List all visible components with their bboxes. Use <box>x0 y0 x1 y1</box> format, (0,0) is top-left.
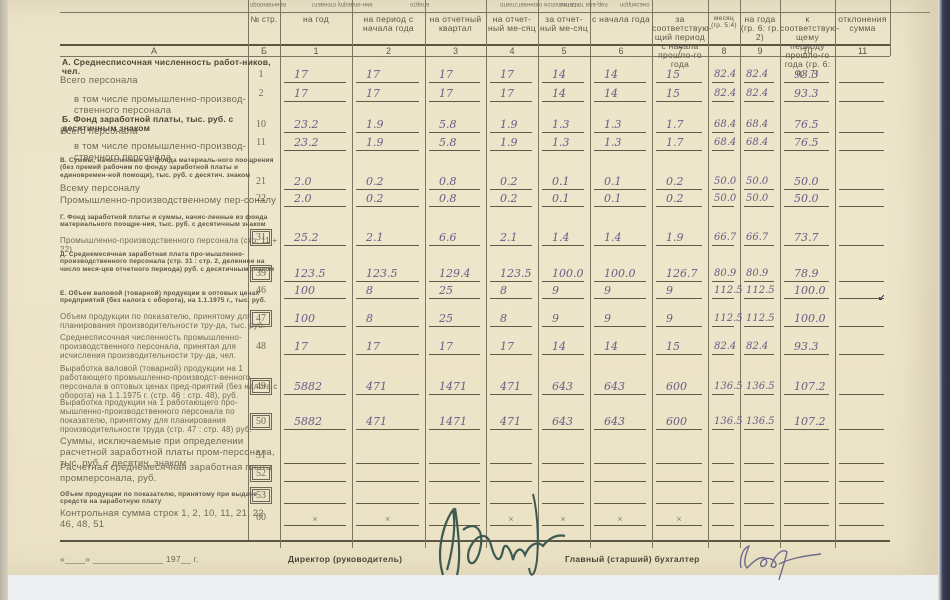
table-cell: 14 <box>542 87 584 102</box>
table-cell <box>356 467 419 482</box>
column-header-9: на года (гр. 6: гр. 2) <box>740 15 780 42</box>
table-cell: 9 <box>594 312 646 327</box>
table-cell: 8 <box>490 284 532 299</box>
table-cell: 643 <box>542 380 584 395</box>
column-number-3: 3 <box>425 46 486 56</box>
row-code: 60 <box>248 512 274 523</box>
column-header-3: на отчетный квартал <box>425 15 486 33</box>
table-cell: 25 <box>429 312 480 327</box>
table-cell <box>839 449 884 464</box>
table-cell: 23.2 <box>284 136 346 151</box>
table-cell: 68.4 <box>712 118 734 133</box>
col-divider <box>352 0 353 548</box>
table-cell: 643 <box>594 380 646 395</box>
table-cell: 136.5 <box>712 415 734 430</box>
table-cell: 50.0 <box>712 192 734 207</box>
table-cell: 0.2 <box>356 175 419 190</box>
table-cell <box>839 175 884 190</box>
table-cell: 50.0 <box>784 192 829 207</box>
table-cell: 1471 <box>429 380 480 395</box>
table-cell: 50.0 <box>784 175 829 190</box>
table-cell: 1.9 <box>356 118 419 133</box>
row-code: 49 <box>248 381 274 392</box>
table-cell: 14 <box>594 340 646 355</box>
table-cell <box>839 192 884 207</box>
table-cell: 1.9 <box>490 118 532 133</box>
col-divider <box>835 0 836 548</box>
row-code: 47 <box>248 313 274 324</box>
table-cell: 136.5 <box>712 380 734 395</box>
table-cell <box>284 449 346 464</box>
table-cell: 82.4 <box>712 68 734 83</box>
table-cell <box>594 449 646 464</box>
table-cell: 17 <box>429 340 480 355</box>
table-cell: 15 <box>656 68 702 83</box>
table-cell: 1.3 <box>542 136 584 151</box>
table-cell: 471 <box>490 415 532 430</box>
table-cell: 9 <box>542 284 584 299</box>
column-number-1: 1 <box>280 46 352 56</box>
strip-fragment: отдела <box>410 1 429 7</box>
cross-mark: × <box>656 514 702 524</box>
table-cell: 5.8 <box>429 136 480 151</box>
table-cell: 17 <box>429 87 480 102</box>
row-label: Всему персоналу <box>60 183 280 194</box>
table-cell: 50.0 <box>712 175 734 190</box>
row-label: Г. Фонд заработной платы и суммы, начис-… <box>60 214 280 229</box>
row-code: 48 <box>248 341 274 352</box>
row-label: Д. Среднемесячная заработная плата про-м… <box>60 251 280 273</box>
table-cell: 100 <box>284 284 346 299</box>
table-cell: 643 <box>542 415 584 430</box>
table-cell <box>784 467 829 482</box>
row-label: Промышленно-производственному пер-соналу <box>60 195 280 206</box>
table-cell <box>712 511 734 526</box>
table-cell <box>839 118 884 133</box>
column-header-2: на период с начала года <box>352 15 425 33</box>
director-signature <box>425 490 575 585</box>
col-divider <box>538 0 539 548</box>
table-cell <box>839 467 884 482</box>
table-cell <box>542 449 584 464</box>
col-divider <box>486 0 487 548</box>
row-label: Выработка продукции на 1 работающего про… <box>60 398 280 434</box>
column-header-5: за отчет-ный ме-сяц <box>538 15 590 33</box>
table-cell <box>744 511 774 526</box>
column-number-11: 11 <box>835 46 890 56</box>
table-cell: 50.0 <box>744 175 774 190</box>
table-cell: 0.1 <box>542 192 584 207</box>
table-cell: 136.5 <box>744 380 774 395</box>
column-header-7: за соответствую-щий период с начала прош… <box>652 15 708 69</box>
scan-right-edge <box>938 0 950 600</box>
row-code: 10 <box>248 119 274 130</box>
table-cell: 1.9 <box>356 136 419 151</box>
strip-fragment: подписано <box>620 1 650 7</box>
table-cell: 0.2 <box>490 192 532 207</box>
col-divider <box>652 0 653 548</box>
table-cell <box>839 87 884 102</box>
col-B-label: Б <box>248 46 280 56</box>
date-line: «____» ______________ 197__ г. <box>60 554 199 564</box>
table-cell: 112.5 <box>712 284 734 299</box>
col-divider <box>280 0 281 548</box>
col-divider <box>590 0 591 548</box>
row-code: 2 <box>248 88 274 99</box>
column-number-4: 4 <box>486 46 538 56</box>
table-cell: 100.0 <box>784 284 829 299</box>
table-cell <box>356 489 419 504</box>
table-cell: 112.5 <box>712 312 734 327</box>
row-label: Выработка валовой (товарной) продукции н… <box>60 364 280 400</box>
table-cell: 123.5 <box>356 267 419 282</box>
scan-left-edge <box>0 0 8 600</box>
col-A-label: А <box>60 46 248 56</box>
column-number-5: 5 <box>538 46 590 56</box>
table-cell <box>356 449 419 464</box>
column-header-6: с начала года <box>590 15 652 24</box>
table-cell: 0.2 <box>656 192 702 207</box>
table-cell <box>784 489 829 504</box>
col-divider <box>425 0 426 548</box>
table-cell <box>594 467 646 482</box>
table-cell <box>656 449 702 464</box>
table-cell: 0.2 <box>656 175 702 190</box>
table-cell: 471 <box>356 415 419 430</box>
table-cell: 0.1 <box>594 175 646 190</box>
table-cell: 14 <box>542 68 584 83</box>
table-cell: 9 <box>656 284 702 299</box>
table-cell: 73.7 <box>784 231 829 246</box>
table-cell: 471 <box>490 380 532 395</box>
table-cell: 17 <box>356 340 419 355</box>
table-cell: 643 <box>594 415 646 430</box>
cross-mark: × <box>356 514 419 524</box>
table-cell: 1.4 <box>542 231 584 246</box>
table-cell: 76.5 <box>784 118 829 133</box>
row-label: Объем продукции по показателю, принятому… <box>60 491 280 506</box>
column-number-8: 8 <box>708 46 740 56</box>
table-cell: 17 <box>284 340 346 355</box>
strip-fragment: главного управле-ния <box>312 1 373 7</box>
table-cell: 0.2 <box>490 175 532 190</box>
table-cell: 600 <box>656 380 702 395</box>
table-cell <box>839 231 884 246</box>
table-cell: 2.1 <box>356 231 419 246</box>
row-code: 39 <box>248 268 274 279</box>
column-number-2: 2 <box>352 46 425 56</box>
table-cell: 9 <box>542 312 584 327</box>
table-cell: 1.7 <box>656 136 702 151</box>
table-cell <box>784 449 829 464</box>
table-cell: 6.6 <box>429 231 480 246</box>
table-cell <box>712 449 734 464</box>
table-cell: 600 <box>656 415 702 430</box>
column-header-8: месяц (гр. 5:4) <box>708 15 740 29</box>
table-cell: 0.1 <box>594 192 646 207</box>
table-cell: 93.3 <box>784 68 829 83</box>
table-cell <box>839 489 884 504</box>
col-divider <box>890 0 891 56</box>
row-code: 1 <box>248 69 274 80</box>
table-cell: 123.5 <box>490 267 532 282</box>
table-cell: 1.3 <box>542 118 584 133</box>
table-cell: 126.7 <box>656 267 702 282</box>
table-cell <box>284 489 346 504</box>
table-cell: 76.5 <box>784 136 829 151</box>
table-cell: 0.8 <box>429 192 480 207</box>
row-code: 21 <box>248 176 274 187</box>
table-cell: 1.3 <box>594 118 646 133</box>
strip-fragment: ЕКПО от вла-дел <box>560 1 608 7</box>
row-code: 46 <box>248 285 274 296</box>
column-number-9: 9 <box>740 46 780 56</box>
table-cell <box>839 136 884 151</box>
table-cell: 17 <box>356 87 419 102</box>
table-cell: 82.4 <box>712 87 734 102</box>
table-cell: 66.7 <box>744 231 774 246</box>
table-cell <box>839 312 884 327</box>
cross-mark: × <box>284 514 346 524</box>
column-number-10: 10 <box>780 46 835 56</box>
table-cell <box>712 467 734 482</box>
col-divider <box>740 0 741 548</box>
table-cell: 100.0 <box>542 267 584 282</box>
table-cell: 1.9 <box>656 231 702 246</box>
table-cell: 25 <box>429 284 480 299</box>
table-cell <box>594 489 646 504</box>
header-top-rule <box>60 12 890 13</box>
table-cell: 1471 <box>429 415 480 430</box>
table-cell <box>712 489 734 504</box>
table-cell: 2.0 <box>284 192 346 207</box>
table-cell: 8 <box>356 312 419 327</box>
row-code: 52 <box>248 468 274 479</box>
table-cell: 17 <box>284 87 346 102</box>
row-label: Среднесписочная численность промышленно-… <box>60 333 280 360</box>
table-cell: 25.2 <box>284 231 346 246</box>
table-cell: 80.9 <box>744 267 774 282</box>
table-cell: 8 <box>356 284 419 299</box>
row-label: Е. Объем валовой (товарной) продукции в … <box>60 290 280 305</box>
pen-mark: ↙ <box>878 292 885 303</box>
table-cell: 112.5 <box>744 312 774 327</box>
table-cell: 5882 <box>284 415 346 430</box>
table-cell <box>490 449 532 464</box>
column-number-6: 6 <box>590 46 652 56</box>
table-cell <box>744 467 774 482</box>
table-cell <box>656 467 702 482</box>
table-cell <box>839 340 884 355</box>
table-cell: 15 <box>656 340 702 355</box>
table-cell: 17 <box>356 68 419 83</box>
table-cell: 9 <box>594 284 646 299</box>
accountant-signature <box>735 538 825 583</box>
table-cell: 14 <box>542 340 584 355</box>
table-cell <box>839 68 884 83</box>
table-cell: 1.3 <box>594 136 646 151</box>
col-divider <box>708 0 709 548</box>
table-cell: 82.4 <box>712 340 734 355</box>
table-cell: 82.4 <box>744 68 774 83</box>
table-cell: 100 <box>284 312 346 327</box>
table-cell: 17 <box>429 68 480 83</box>
row-label: Расчетная среднемесячная заработная плат… <box>60 462 280 484</box>
table-cell: 17 <box>490 68 532 83</box>
row-number-header: № стр. <box>250 15 278 24</box>
table-cell <box>839 415 884 430</box>
table-cell: 15 <box>656 87 702 102</box>
row-label: Всего персонала <box>60 126 280 137</box>
table-cell: 50.0 <box>744 192 774 207</box>
table-cell: 129.4 <box>429 267 480 282</box>
column-number-7: 7 <box>652 46 708 56</box>
row-code: 53 <box>248 490 274 501</box>
table-cell <box>656 489 702 504</box>
table-cell <box>744 449 774 464</box>
table-cell: 0.8 <box>429 175 480 190</box>
table-cell: 68.4 <box>744 118 774 133</box>
table-cell: 2.1 <box>490 231 532 246</box>
table-cell: 17 <box>490 340 532 355</box>
table-cell <box>284 467 346 482</box>
table-cell: 14 <box>594 68 646 83</box>
table-cell: 82.4 <box>744 87 774 102</box>
table-cell: 82.4 <box>744 340 774 355</box>
table-cell <box>429 467 480 482</box>
table-cell <box>839 267 884 282</box>
table-cell: 136.5 <box>744 415 774 430</box>
table-cell: 8 <box>490 312 532 327</box>
director-label: Директор (руководитель) <box>288 554 402 564</box>
row-label: Объем продукции по показателю, принятому… <box>60 312 280 330</box>
table-cell <box>744 489 774 504</box>
table-cell: 5.8 <box>429 118 480 133</box>
table-cell: 78.9 <box>784 267 829 282</box>
chief-accountant-label: Главный (старший) бухгалтер <box>565 554 700 564</box>
table-cell: 93.3 <box>784 340 829 355</box>
table-cell: 1.9 <box>490 136 532 151</box>
row-code: 51 <box>248 450 274 461</box>
table-cell: 2.0 <box>284 175 346 190</box>
row-label: Контрольная сумма строк 1, 2, 10, 11, 21… <box>60 508 280 530</box>
row-code: 50 <box>248 416 274 427</box>
table-cell: 1.7 <box>656 118 702 133</box>
table-cell: 100.0 <box>784 312 829 327</box>
row-label: В. Суммы, начисленные из фонда материаль… <box>60 157 280 179</box>
table-cell: 9 <box>656 312 702 327</box>
table-cell: 100.0 <box>594 267 646 282</box>
table-cell: 107.2 <box>784 415 829 430</box>
column-header-4: на отчет-ный ме-сяц <box>486 15 538 33</box>
column-header-1: на год <box>280 15 352 24</box>
row-code: 31 <box>248 232 274 243</box>
table-cell: 17 <box>490 87 532 102</box>
table-cell <box>429 449 480 464</box>
col-divider <box>780 0 781 548</box>
column-header-11: отклонения сумма <box>835 15 890 33</box>
table-cell: 66.7 <box>712 231 734 246</box>
table-cell: 68.4 <box>744 136 774 151</box>
table-cell: 471 <box>356 380 419 395</box>
table-cell: 68.4 <box>712 136 734 151</box>
table-cell <box>490 467 532 482</box>
row-code: 11 <box>248 137 274 148</box>
table-cell: 0.2 <box>356 192 419 207</box>
table-cell: 123.5 <box>284 267 346 282</box>
table-cell: 5882 <box>284 380 346 395</box>
table-cell: 0.1 <box>542 175 584 190</box>
table-cell: 93.3 <box>784 87 829 102</box>
table-cell <box>784 511 829 526</box>
table-cell <box>542 467 584 482</box>
table-cell: 14 <box>594 87 646 102</box>
cross-mark: × <box>594 514 646 524</box>
table-cell: 17 <box>284 68 346 83</box>
row-code: 22 <box>248 193 274 204</box>
table-cell: 80.9 <box>712 267 734 282</box>
row-label: в том числе промышленно-производ-ственно… <box>60 94 280 116</box>
table-cell: 107.2 <box>784 380 829 395</box>
row-label: Всего персонала <box>60 75 280 86</box>
table-cell: 1.4 <box>594 231 646 246</box>
table-cell: 112.5 <box>744 284 774 299</box>
table-cell <box>839 511 884 526</box>
table-cell <box>839 380 884 395</box>
table-cell: 23.2 <box>284 118 346 133</box>
